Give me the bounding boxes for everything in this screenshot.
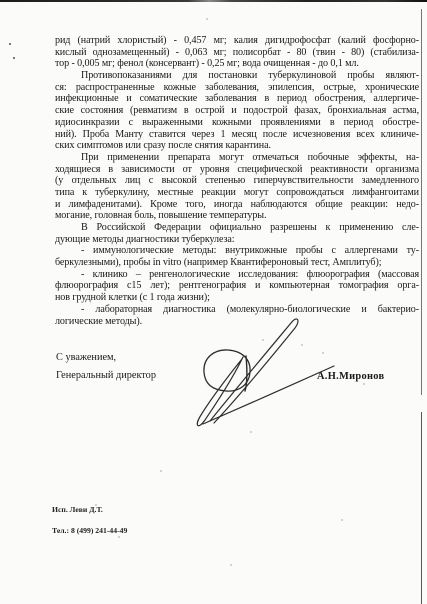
scan-speck bbox=[13, 57, 15, 59]
phone-note: Тел.: 8 (499) 241-44-49 bbox=[52, 526, 127, 535]
body-text-line: При применении препарата могут отмечатьс… bbox=[55, 152, 419, 164]
signer-title: Генеральный директор bbox=[56, 370, 156, 381]
body-text-line: рид (натрий хлористый) - 0,457 мг; калия… bbox=[55, 35, 419, 47]
scan-speck bbox=[95, 504, 97, 506]
body-text-line: ся: распространенные кожные заболевания,… bbox=[55, 82, 419, 94]
scan-edge-right-upper bbox=[421, 9, 422, 395]
scan-speck bbox=[206, 18, 208, 20]
body-text-line: идиосинкразии с выраженными кожными проя… bbox=[55, 117, 419, 129]
scan-speck bbox=[262, 339, 264, 341]
body-text-line: кислый однозамещенный) - 0,063 мг; полис… bbox=[55, 47, 419, 59]
scan-speck bbox=[362, 309, 364, 311]
body-text-line: ний). Проба Манту ставится через 1 месяц… bbox=[55, 129, 419, 141]
closing-salutation: С уважением, bbox=[56, 352, 116, 363]
body-text-line: и лимфаденитами). Кроме того, иногда наб… bbox=[55, 199, 419, 211]
scan-speck bbox=[250, 431, 252, 433]
body-text-line: могание, головная боль, повышение темпер… bbox=[55, 210, 419, 222]
body-text-line: ские состояния (ревматизм в острой и под… bbox=[55, 105, 419, 117]
letter-footer: Исп. Леви Д.Т. Тел.: 8 (499) 241-44-49 bbox=[52, 505, 127, 535]
scan-speck bbox=[118, 536, 120, 538]
body-text-line: тор - 0,005 мг; фенол (консервант) - 0,2… bbox=[55, 58, 419, 70]
scan-speck bbox=[322, 352, 324, 354]
signature-icon bbox=[150, 250, 370, 460]
scan-speck bbox=[230, 564, 232, 566]
body-text-line: типа к туберкулину, местные реакции могу… bbox=[55, 187, 419, 199]
body-text-line: В Российской Федерации официально разреш… bbox=[55, 222, 419, 234]
scan-edge-right-lower bbox=[421, 412, 422, 604]
scan-edge-top bbox=[0, 0, 427, 2]
body-text-line: дующие методы диагностики туберкулеза: bbox=[55, 234, 419, 246]
body-text-line: (у отдельных лиц с высокой степенью гипе… bbox=[55, 175, 419, 187]
scan-speck bbox=[301, 344, 303, 346]
scan-speck bbox=[341, 519, 343, 521]
scan-speck bbox=[160, 470, 162, 472]
body-text-line: инфекционные и соматические заболевания … bbox=[55, 93, 419, 105]
body-text-line: ходящиеся в зависимости от уровня специф… bbox=[55, 164, 419, 176]
body-text-line: ских симптомов или сразу после снятия ка… bbox=[55, 140, 419, 152]
scan-speck bbox=[9, 43, 11, 45]
scanned-letter-page: рид (натрий хлористый) - 0,457 мг; калия… bbox=[0, 0, 427, 604]
body-text-line: Противопоказаниями для постановки туберк… bbox=[55, 70, 419, 82]
executor-note: Исп. Леви Д.Т. bbox=[52, 505, 127, 514]
scan-speck bbox=[363, 383, 365, 385]
